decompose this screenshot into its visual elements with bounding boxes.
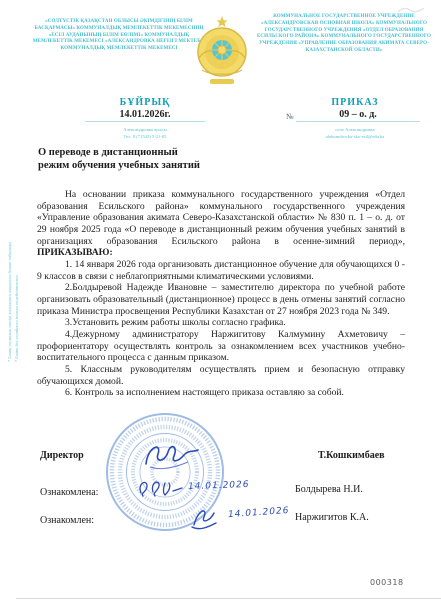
margin-security-note: * Бланк сериялық нөмірі жазылмаса жарамс… bbox=[7, 242, 20, 362]
order-item-4: 4.Дежурному администратору Наржигитову К… bbox=[37, 329, 405, 364]
margin-note-russian: * Бланк без серийного номера недействите… bbox=[14, 242, 21, 362]
kazakhstan-coat-of-arms-icon bbox=[193, 15, 251, 89]
director-label: Директор bbox=[40, 450, 84, 461]
phone: Тел. 8 (71543) 5-21-05 bbox=[85, 133, 205, 140]
ack1-date: 14.01.2026 bbox=[188, 480, 250, 492]
order-item-5: 5. Классным руководителям осуществлять п… bbox=[37, 364, 405, 387]
ack2-name: Наржигитов К.А. bbox=[295, 512, 369, 523]
ack1-signature-icon bbox=[135, 477, 190, 506]
director-name: Т.Кошкимбаев bbox=[318, 450, 385, 461]
issue-place-kazakh: Александровка ауылы Тел. 8 (71543) 5-21-… bbox=[85, 126, 205, 140]
order-label-russian: ПРИКАЗ bbox=[295, 97, 415, 108]
intro-paragraph: На основании приказа коммунального госуд… bbox=[37, 189, 405, 259]
margin-note-kazakh: * Бланк сериялық нөмірі жазылмаса жарамс… bbox=[7, 242, 14, 362]
director-signature-icon bbox=[138, 438, 208, 479]
ack1-label: Ознакомлена: bbox=[40, 487, 98, 498]
email: aleksandrovka-sko-esil@edu.kz bbox=[290, 133, 420, 140]
order-item-2: 2.Болдыревой Надежде Ивановне – заместит… bbox=[37, 282, 405, 317]
scanned-order-document: «СОЛТҮСТІК ҚАЗАҚСТАН ОБЛЫСЫ ӘКІМДІГІНІҢ … bbox=[0, 0, 441, 605]
order-label-kazakh: БҰЙРЫҚ bbox=[85, 97, 205, 108]
order-subject: О переводе в дистанционный режим обучени… bbox=[38, 147, 200, 172]
subject-line-2: режим обучения учебных занятий bbox=[38, 160, 200, 173]
ack2-date: 14.01.2026 bbox=[228, 506, 290, 520]
order-item-1: 1. 14 января 2026 года организовать дист… bbox=[37, 259, 405, 282]
intro-text: На основании приказа коммунального госуд… bbox=[37, 189, 405, 247]
order-item-6: 6. Контроль за исполнением настоящего пр… bbox=[37, 387, 405, 399]
place-ru: село Александровка bbox=[290, 126, 420, 133]
issue-place-russian: село Александровка aleksandrovka-sko-esi… bbox=[290, 126, 420, 140]
blank-serial-number: 000318 bbox=[370, 578, 404, 587]
scan-artifact bbox=[396, 3, 426, 15]
order-item-3: 3.Установить режим работы школы согласно… bbox=[37, 317, 405, 329]
order-body: На основании приказа коммунального госуд… bbox=[37, 189, 405, 399]
order-date: 14.01.2026г. bbox=[85, 109, 205, 122]
org-name-russian: КОММУНАЛЬНОЕ ГОСУДАРСТВЕННОЕ УЧРЕЖДЕНИЕ … bbox=[252, 14, 436, 55]
ack1-name: Болдырева Н.И. bbox=[295, 484, 363, 495]
order-number-sign: № bbox=[286, 112, 294, 121]
place-kk: Александровка ауылы bbox=[85, 126, 205, 133]
orders-word: ПРИКАЗЫВАЮ: bbox=[37, 247, 113, 258]
ack2-signature-icon bbox=[188, 505, 228, 536]
order-number: 09 – о. д. bbox=[296, 109, 420, 122]
subject-line-1: О переводе в дистанционный bbox=[38, 147, 200, 160]
scan-edge-line bbox=[16, 598, 441, 599]
org-name-kazakh: «СОЛТҮСТІК ҚАЗАҚСТАН ОБЛЫСЫ ӘКІМДІГІНІҢ … bbox=[30, 19, 208, 53]
ack2-label: Ознакомлен: bbox=[40, 515, 94, 526]
